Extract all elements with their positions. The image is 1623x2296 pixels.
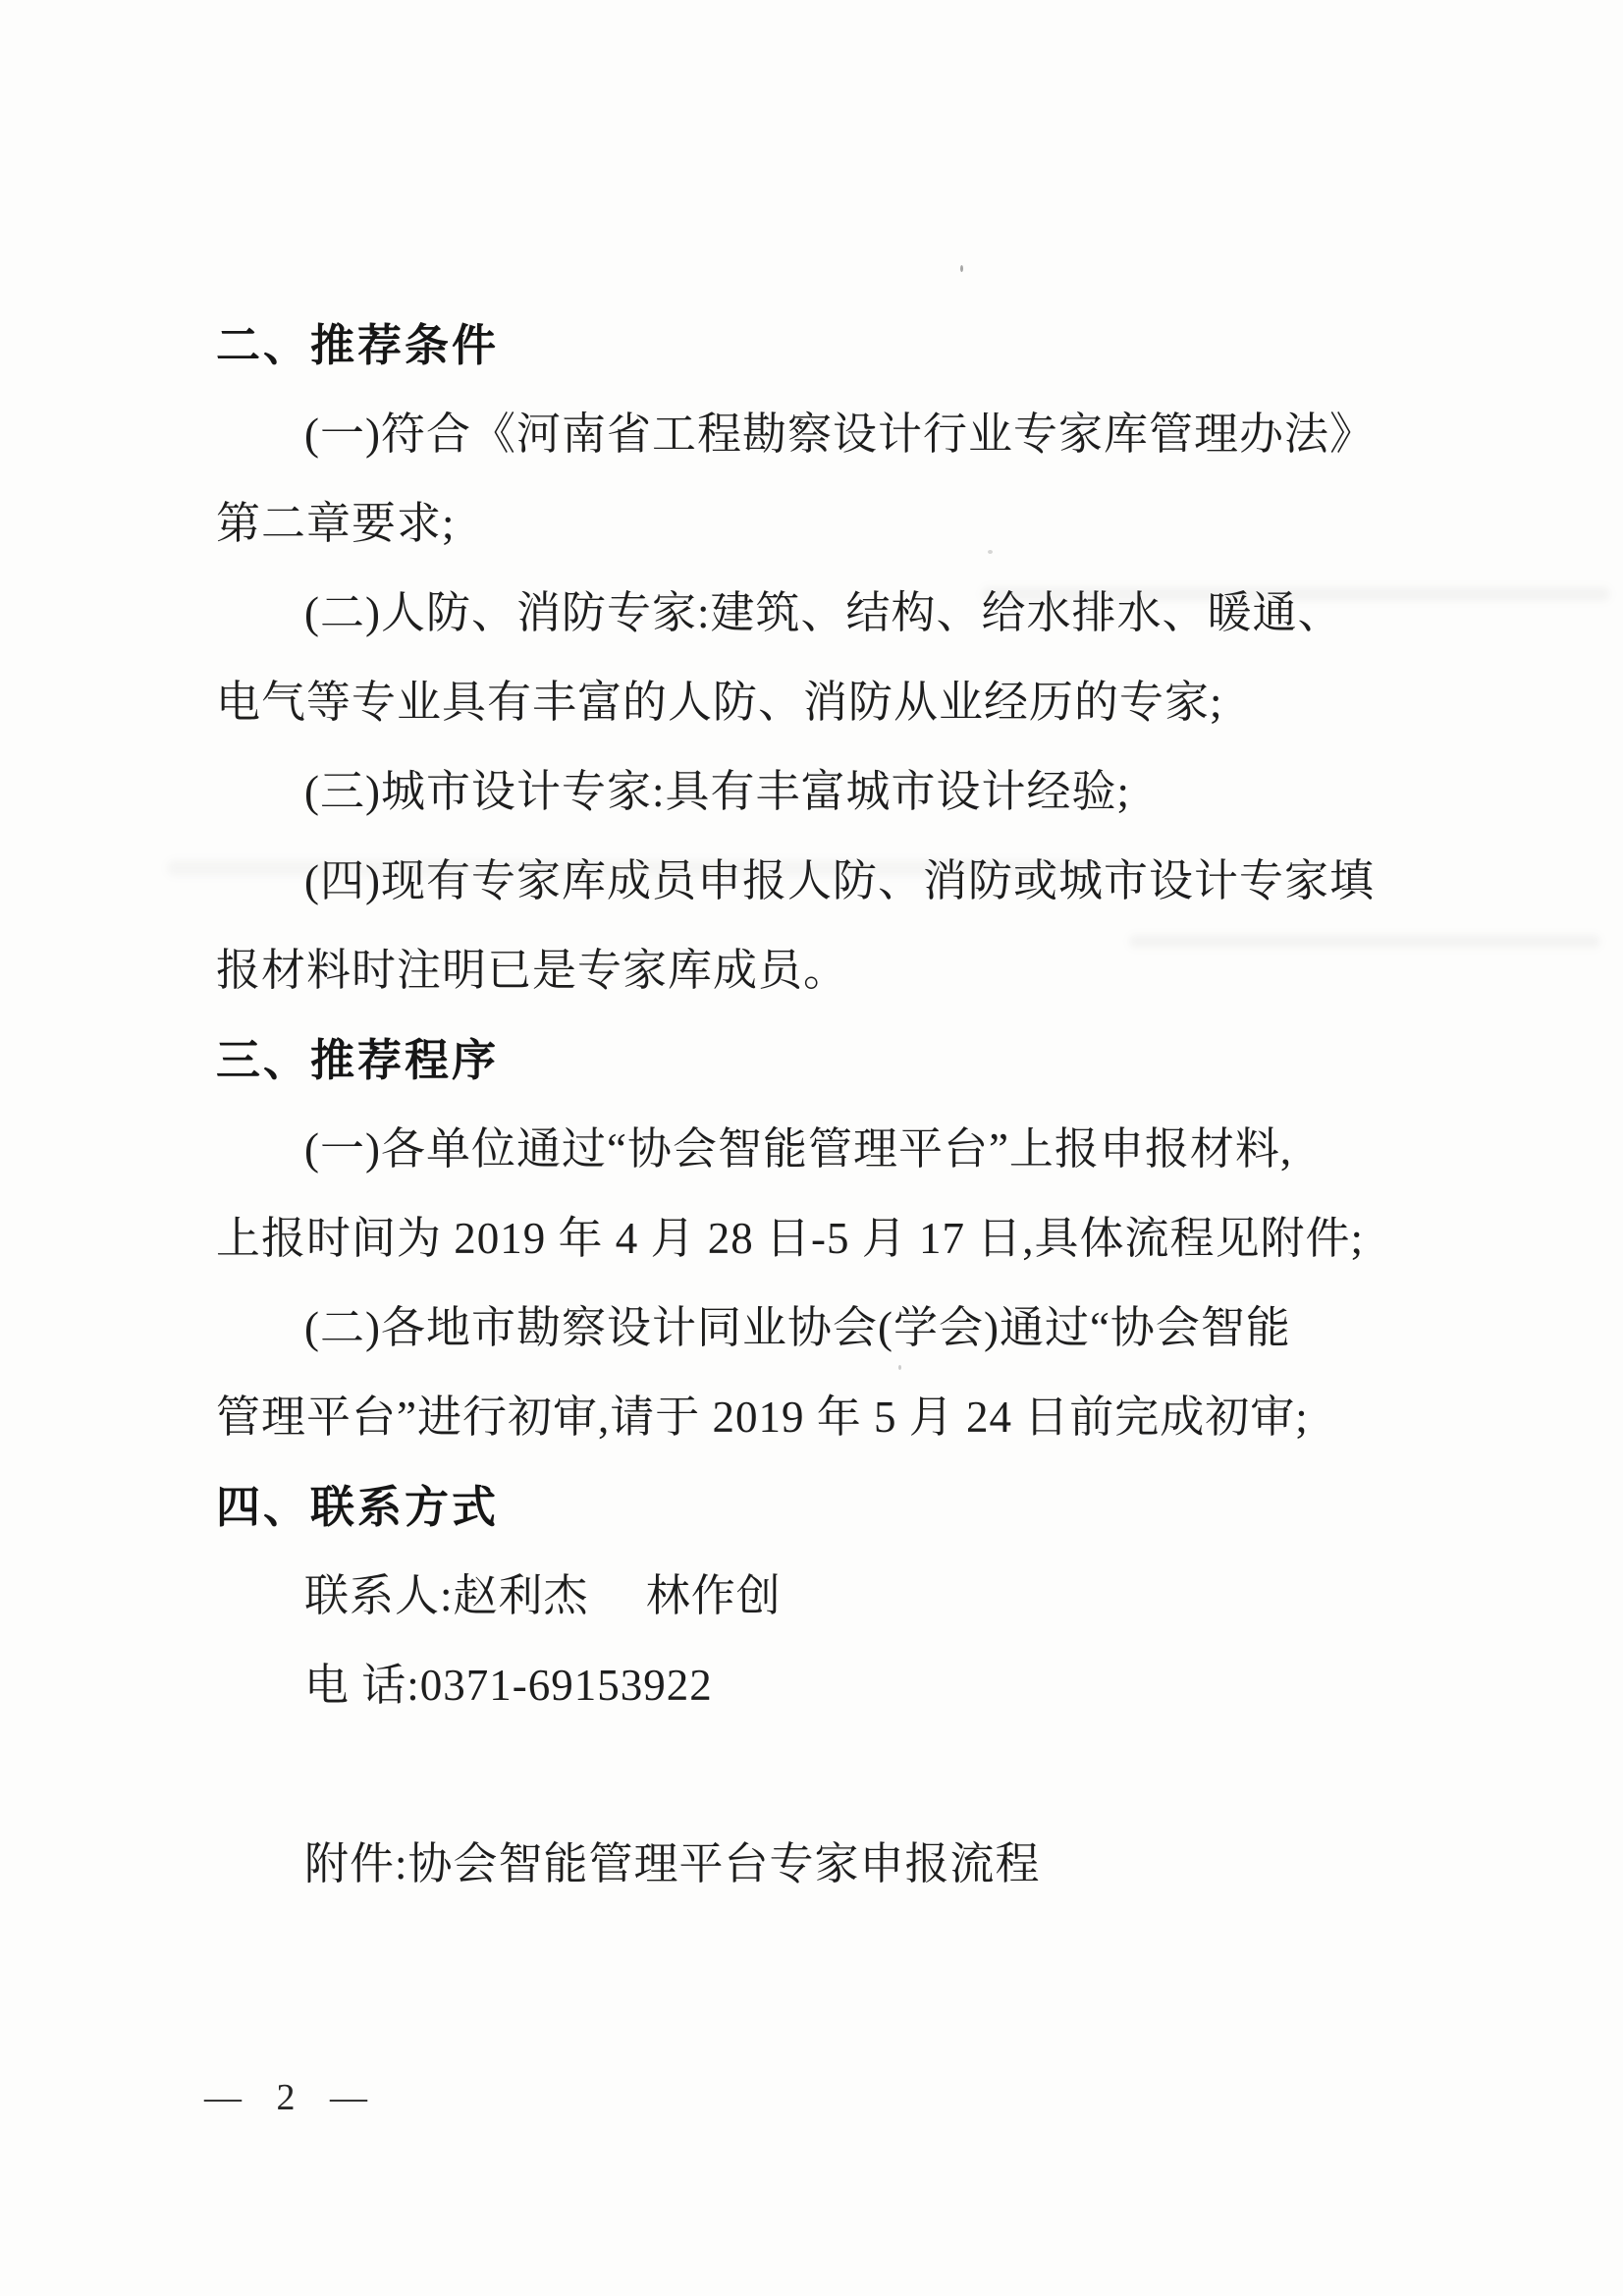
scan-artifact: [960, 265, 963, 272]
text-line: (一)各单位通过“协会智能管理平台”上报申报材料,: [216, 1105, 1434, 1194]
text-line: 报材料时注明已是专家库成员。: [216, 926, 1434, 1015]
section-heading-recommendation-conditions: 二、推荐条件: [216, 301, 1434, 390]
attachment-line: 附件:协会智能管理平台专家申报流程: [216, 1820, 1434, 1909]
document-page: 二、推荐条件 (一)符合《河南省工程勘察设计行业专家库管理办法》 第二章要求; …: [0, 0, 1623, 2296]
section-heading-contact-info: 四、联系方式: [216, 1462, 1434, 1552]
document-body: 二、推荐条件 (一)符合《河南省工程勘察设计行业专家库管理办法》 第二章要求; …: [216, 301, 1434, 1909]
text-line: 管理平台”进行初审,请于 2019 年 5 月 24 日前完成初审;: [216, 1373, 1434, 1462]
text-line: (一)符合《河南省工程勘察设计行业专家库管理办法》: [216, 390, 1434, 479]
contact-person-line: 联系人:赵利杰 林作创: [216, 1552, 1434, 1641]
section-heading-recommendation-procedure: 三、推荐程序: [216, 1015, 1434, 1105]
text-line: 第二章要求;: [216, 479, 1434, 569]
contact-phone-line: 电 话:0371-69153922: [216, 1641, 1434, 1730]
text-line: 上报时间为 2019 年 4 月 28 日-5 月 17 日,具体流程见附件;: [216, 1194, 1434, 1284]
text-line: (二)各地市勘察设计同业协会(学会)通过“协会智能: [216, 1284, 1434, 1373]
page-number: — 2 —: [204, 2074, 369, 2121]
text-line: (四)现有专家库成员申报人防、消防或城市设计专家填: [216, 837, 1434, 926]
text-line: 电气等专业具有丰富的人防、消防从业经历的专家;: [216, 658, 1434, 747]
text-line: (三)城市设计专家:具有丰富城市设计经验;: [216, 747, 1434, 837]
text-line: (二)人防、消防专家:建筑、结构、给水排水、暖通、: [216, 569, 1434, 658]
